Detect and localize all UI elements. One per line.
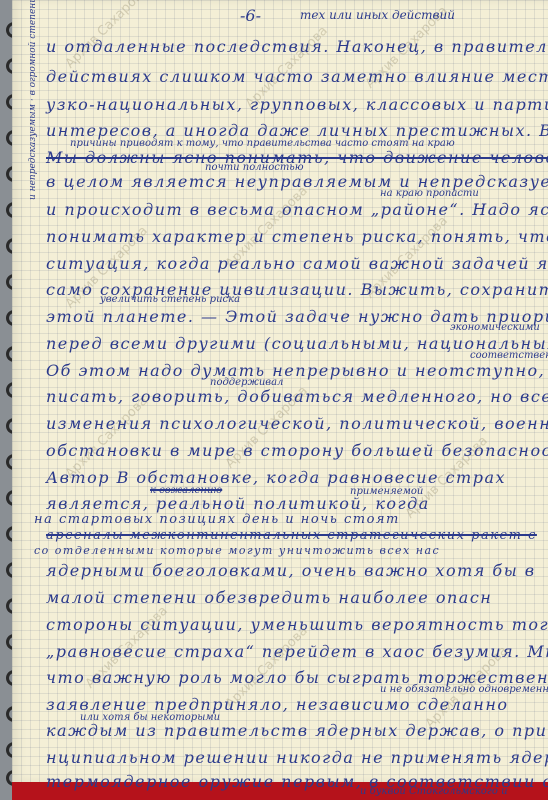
text-line: арсеналы межконтинентальных стратегическ… (46, 528, 537, 543)
text-line: нципиальном решении никогда не применять… (46, 748, 548, 767)
insertion-note: увеличить степень риска (100, 294, 240, 305)
insertion-note: почти полностью (205, 162, 304, 173)
header-insertion: тех или иных действий (300, 8, 455, 22)
text-line: изменения психологической, политической,… (46, 414, 548, 433)
page-number: -6- (240, 6, 261, 25)
text-line: действиях слишком часто заметно влияние … (46, 67, 548, 86)
text-line: писать, говорить, добиваться медленного,… (46, 387, 548, 406)
text-line: Автор В обстановке, когда равновесие стр… (46, 468, 506, 487)
insertion-note: причины приводят к тому, что правительст… (70, 138, 455, 149)
text-line: понимать характер и степень риска, понят… (46, 227, 548, 246)
insertion-note: к сожалению (150, 485, 222, 496)
text-line: Об этом надо думать непрерывно и неотсту… (46, 361, 548, 380)
text-line: „равновесие страха“ перейдет в хаос безу… (46, 642, 548, 661)
margin-note: и непредсказуемым · в огромной степени ·… (28, 0, 38, 200)
insertion-note: поддерживал (210, 377, 283, 388)
text-line: каждым из правительств ядерных держав, о… (46, 721, 547, 740)
text-line: стороны ситуации, уменьшить вероятность … (46, 615, 548, 634)
text-line: малой степени обезвредить наиболее опасн (46, 588, 492, 607)
insertion-note: и буквой Стокгольмского и (360, 786, 508, 797)
text-line: и происходит в весьма опасном „районе“. … (46, 200, 548, 219)
insertion-note: соответственно (470, 350, 548, 361)
insertion-note: или хотя бы некоторыми (80, 712, 220, 723)
insertion-note: экономическими (450, 322, 540, 333)
text-line: обстановки в мире в сторону большей безо… (46, 441, 548, 460)
watermark: Архив Сахарова (63, 0, 151, 72)
text-line: со отделенными которые могут уничтожить … (34, 544, 440, 557)
text-line: ситуация, когда реально самой важной зад… (46, 254, 548, 273)
insertion-note: и не обязательно одновременно (380, 684, 548, 695)
text-line: на стартовых позициях день и ночь стоят (34, 512, 400, 527)
insertion-note: применяемой (350, 486, 423, 497)
text-line: ядерными боеголовками, очень важно хотя … (46, 561, 536, 580)
text-line: и отдаленные последствия. Наконец, в пра… (46, 37, 548, 56)
text-line: узко-национальных, групповых, классовых … (46, 95, 548, 114)
insertion-note: на краю пропасти (380, 188, 479, 199)
